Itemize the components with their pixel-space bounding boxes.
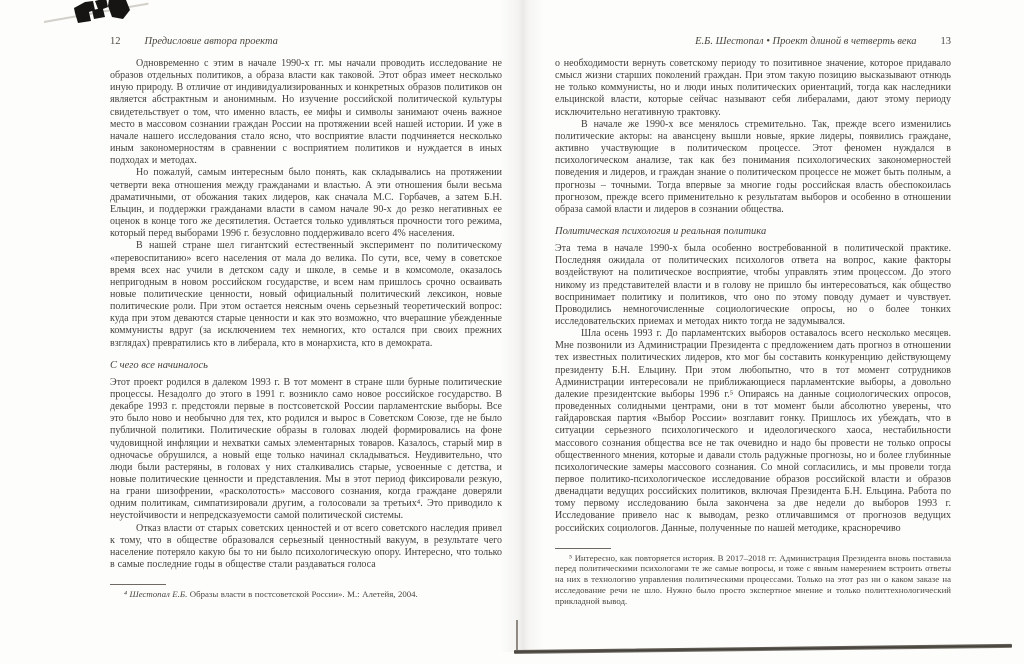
paragraph: Эта тема в начале 1990-х была особенно в… xyxy=(555,243,951,328)
footnote-rule-left xyxy=(110,584,166,585)
running-title-right: Е.Б. Шестопал • Проект длиной в четверть… xyxy=(695,36,916,47)
paragraph: Отказ власти от старых советских ценност… xyxy=(110,523,502,572)
footnote-rule-right xyxy=(555,548,611,549)
paragraph: Этот проект родился в далеком 1993 г. В … xyxy=(110,377,502,523)
paragraph: В начале же 1990-х все менялось стремите… xyxy=(555,119,951,216)
footnote-right: ⁵ Интересно, как повторяется история. В … xyxy=(555,553,951,607)
gutter-bottom-line xyxy=(516,620,518,651)
running-head-left: 12 Предисловие автора проекта xyxy=(110,36,502,49)
book-bottom-edge xyxy=(514,644,1012,654)
running-head-right: Е.Б. Шестопал • Проект длиной в четверть… xyxy=(555,36,951,49)
paragraph: Шла осень 1993 г. До парламентских выбор… xyxy=(555,328,951,535)
paragraph: В нашей стране шел гигантский естественн… xyxy=(110,240,502,349)
page-left: 12 Предисловие автора проекта Одновремен… xyxy=(110,36,502,600)
paragraph: Одновременно с этим в начале 1990-х гг. … xyxy=(110,58,502,167)
page-number-left: 12 xyxy=(110,36,121,47)
running-title-left: Предисловие автора проекта xyxy=(145,36,278,47)
footnote-author: ⁴ Шестопал Е.Б. xyxy=(124,589,187,599)
footnote-text: Образы власти в постсоветской России». М… xyxy=(190,589,418,599)
section-heading-left: С чего все начиналось xyxy=(110,360,502,371)
paragraph: Но пожалуй, самым интересным было понять… xyxy=(110,167,502,240)
binder-clip-icon xyxy=(70,0,140,37)
page-number-right: 13 xyxy=(941,36,952,47)
gutter-shadow xyxy=(500,0,544,652)
paragraph: о необходимости вернуть советскому перио… xyxy=(555,58,951,119)
page-right: Е.Б. Шестопал • Проект длиной в четверть… xyxy=(555,36,951,606)
section-heading-right: Политическая психология и реальная полит… xyxy=(555,226,951,237)
book-scan: 12 Предисловие автора проекта Одновремен… xyxy=(0,0,1024,664)
footnote-left: ⁴ Шестопал Е.Б. Образы власти в постсове… xyxy=(110,589,502,600)
